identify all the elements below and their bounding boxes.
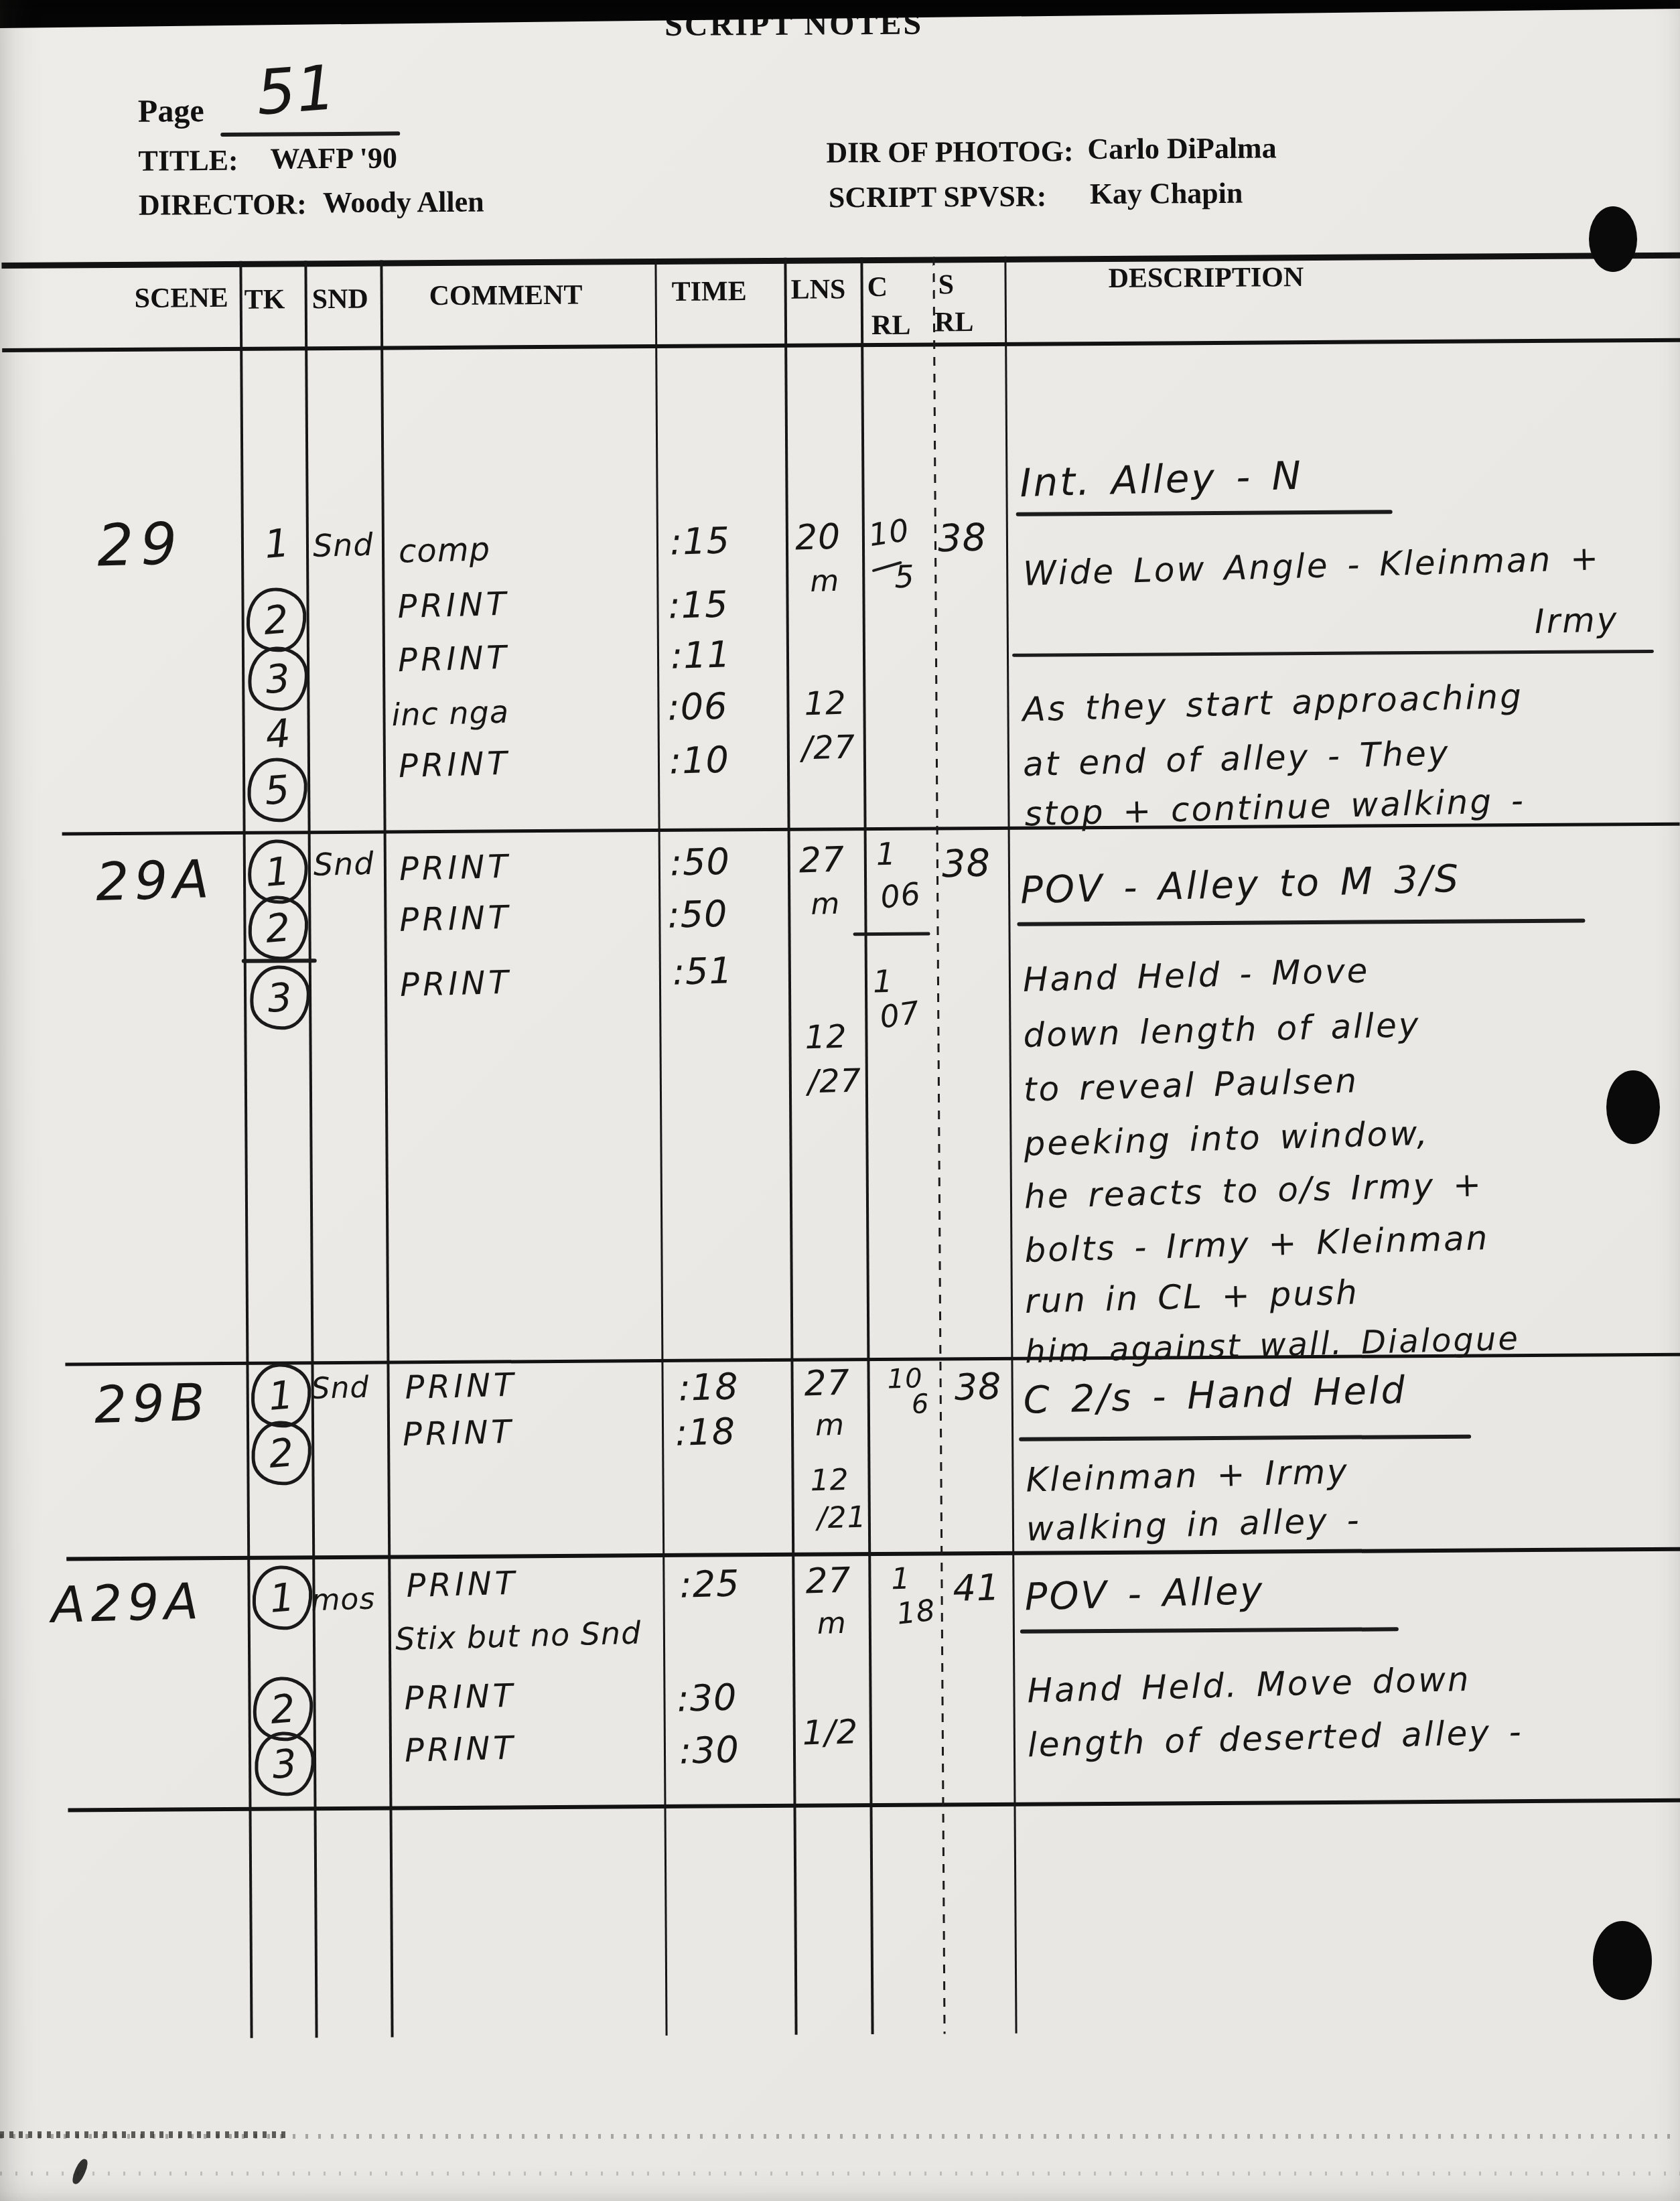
col-header-snd: SND [312,283,368,316]
shot-description-line: down length of alley [1023,1005,1421,1055]
photog-label: DIR OF PHOTOG: [826,134,1073,169]
row-divider-a29a [68,1798,1680,1813]
photog-value: Carlo DiPalma [1087,131,1277,166]
spvsr-value: Kay Chapin [1090,176,1243,211]
take-number-circled: 2 [244,586,308,654]
scene-number: 29A [95,849,215,913]
take-time: :06 [667,685,729,728]
take-number-circled: 2 [247,894,310,962]
shot-description-line: Kleinman + Irmy [1026,1452,1350,1500]
shot-heading-underline [1020,1627,1399,1633]
lens-value: 27 [798,840,845,881]
take-time: :18 [675,1410,736,1453]
scene-number: 29B [94,1372,211,1435]
scene-number: A29A [51,1573,205,1634]
sound-roll: 38 [937,516,987,561]
page-label: Page [138,92,204,130]
lens-value: 20 [794,517,841,559]
take-comment: Stix but no Snd [395,1614,642,1657]
take-comment: comp [398,530,490,571]
col-header-c: C [867,271,888,303]
table-top-border [1,253,1680,269]
take-number-label: 1 [268,1574,297,1622]
camera-roll: 1 [876,836,897,873]
scanned-form: SCRIPT NOTES Page 51 TITLE: WAFP '90 DIR… [0,0,1680,2201]
take-time: :10 [669,738,730,782]
take-comment: PRINT [398,745,510,785]
shot-description-line: bolts - Irmy + Kleinman [1024,1218,1490,1270]
lens-note: /27 [801,728,856,767]
take-number-label: 3 [266,974,295,1021]
shot-description-line: Wide Low Angle - Kleinman + [1023,539,1601,593]
take-comment: PRINT [406,1565,518,1605]
take-comment: PRINT [404,1729,516,1770]
take-number-circled: 5 [245,756,309,824]
take-time: :15 [668,583,729,626]
take-time: :15 [669,519,731,563]
lens-unit: m [810,564,840,599]
col-header-scene: SCENE [135,282,228,315]
take-number-label: 2 [262,596,291,644]
shot-description-line: he reacts to o/s Irmy + [1024,1165,1484,1216]
column-divider-srl-description [1004,257,1017,2034]
sound-flag: mos [311,1582,376,1618]
page-number: 51 [254,52,339,129]
take-number-circled: 3 [253,1730,316,1798]
take-comment: PRINT [402,1413,514,1453]
lens-unit: m [815,1408,845,1443]
sound-roll: 38 [941,841,991,886]
take-time: :50 [667,892,729,936]
take-number-label: 1 [263,848,292,896]
take-time: :51 [672,949,733,993]
shot-heading: POV - Alley to M 3/S [1020,857,1460,913]
spvsr-label: SCRIPT SPVSR: [829,179,1047,214]
take-comment: inc nga [391,694,510,733]
lens-note: 12 [810,1463,849,1498]
page-number-underline [220,131,400,137]
title-value: WAFP '90 [270,141,397,175]
camera-roll: 06 [878,875,922,916]
shot-description-line: to reveal Paulsen [1023,1061,1358,1109]
director-value: Woody Allen [323,185,484,220]
take-number-circled: 3 [248,964,311,1032]
take-comment: PRINT [399,848,511,888]
take-number-label: 2 [267,1429,296,1477]
shot-description-line: at end of alley - They [1022,733,1450,784]
handwritten-rule [1012,650,1654,657]
take-number-label: 2 [264,904,293,952]
lens-unit: m [817,1606,847,1641]
shot-description-line: run in CL + push [1024,1273,1359,1320]
column-divider-snd-comment [380,261,393,2038]
take-number-label: 1 [267,1372,295,1419]
sound-flag: Snd [311,1370,370,1406]
punch-hole [1589,206,1637,272]
take-number-circled: 2 [250,1419,313,1487]
col-header-s: S [938,269,954,301]
take-comment: PRINT [397,639,510,679]
shot-description-line: walking in alley - [1026,1500,1361,1548]
col-header-time: TIME [672,275,747,308]
column-divider-comment-time [654,259,667,2036]
camera-roll: 1 [891,1561,911,1596]
lens-note: 12 [804,685,847,723]
shot-heading: Int. Alley - N [1020,453,1304,506]
sound-flag: Snd [312,526,374,564]
col-header-rl-sound: RL [934,306,974,338]
take-number-circled: 1 [249,1362,313,1429]
shot-description-line: him against wall. Dialogue [1025,1320,1521,1370]
lens-note: 12 [804,1018,848,1057]
row-divider-29b [66,1547,1680,1561]
lens-unit: m [811,887,841,922]
take-time: :30 [677,1676,738,1719]
script-notes-page: SCRIPT NOTES Page 51 TITLE: WAFP '90 DIR… [0,0,1680,2201]
shot-description-line: length of deserted alley - [1027,1712,1523,1764]
col-header-tk: TK [244,283,285,315]
shot-description-line: Irmy [1534,600,1619,641]
camera-roll-separator [853,932,930,936]
shot-heading-underline [1017,919,1585,926]
sound-roll: 38 [954,1365,1002,1409]
camera-roll: 07 [878,994,923,1036]
shot-description-line: peeking into window, [1024,1114,1430,1163]
lens-value: 27 [805,1561,852,1602]
punch-hole [1606,1070,1660,1144]
shot-heading-underline [1016,510,1393,516]
shot-heading: POV - Alley [1024,1569,1265,1620]
shot-description-line: As they start approaching [1022,677,1524,729]
scene-number: 29 [96,510,185,579]
take-time: :18 [678,1365,740,1409]
director-label: DIRECTOR: [139,187,307,222]
col-header-description: DESCRIPTION [1108,261,1304,295]
table-header-border [2,338,1680,352]
shot-description-line: Hand Held - Move [1022,951,1370,999]
take-separator-stroke [242,958,317,963]
col-header-rl-camera: RL [871,309,911,342]
col-header-comment: COMMENT [429,279,583,312]
take-comment: PRINT [399,964,512,1004]
take-time: :50 [669,840,731,883]
row-divider-29 [62,823,1680,836]
take-time: :11 [670,633,731,677]
take-time: :30 [679,1728,740,1772]
sound-flag: Snd [313,845,374,883]
take-comment: PRINT [404,1677,516,1717]
take-time: :25 [679,1562,741,1606]
title-label: TITLE: [138,143,238,178]
take-comment: PRINT [397,585,510,626]
sound-roll: 41 [953,1566,1001,1610]
take-number-label: 2 [269,1685,297,1733]
lens-note: /21 [817,1500,867,1535]
punch-hole [1593,1921,1652,2000]
camera-roll: 6 [911,1389,930,1420]
take-number-label: 3 [271,1740,299,1788]
take-number-label: 5 [263,766,292,814]
shot-description-line: Hand Held. Move down [1027,1660,1472,1711]
take-number-label: 4 [264,710,293,758]
camera-roll: 18 [895,1593,937,1632]
shot-heading-underline [1019,1435,1471,1441]
take-number-circled: 1 [251,1564,314,1632]
take-number: 1 [245,510,309,577]
take-number-label: 1 [263,520,291,567]
take-comment: PRINT [405,1366,517,1407]
shot-heading: C 2/s - Hand Held [1023,1368,1407,1422]
col-header-lns: LNS [791,273,846,305]
lens-note: 1/2 [802,1712,859,1752]
take-comment: PRINT [399,899,512,939]
camera-roll: 1 [872,963,894,1000]
take-number-label: 3 [264,655,293,703]
camera-roll: 10 [866,512,912,553]
lens-value: 27 [804,1363,851,1405]
lens-note: /27 [807,1062,862,1100]
